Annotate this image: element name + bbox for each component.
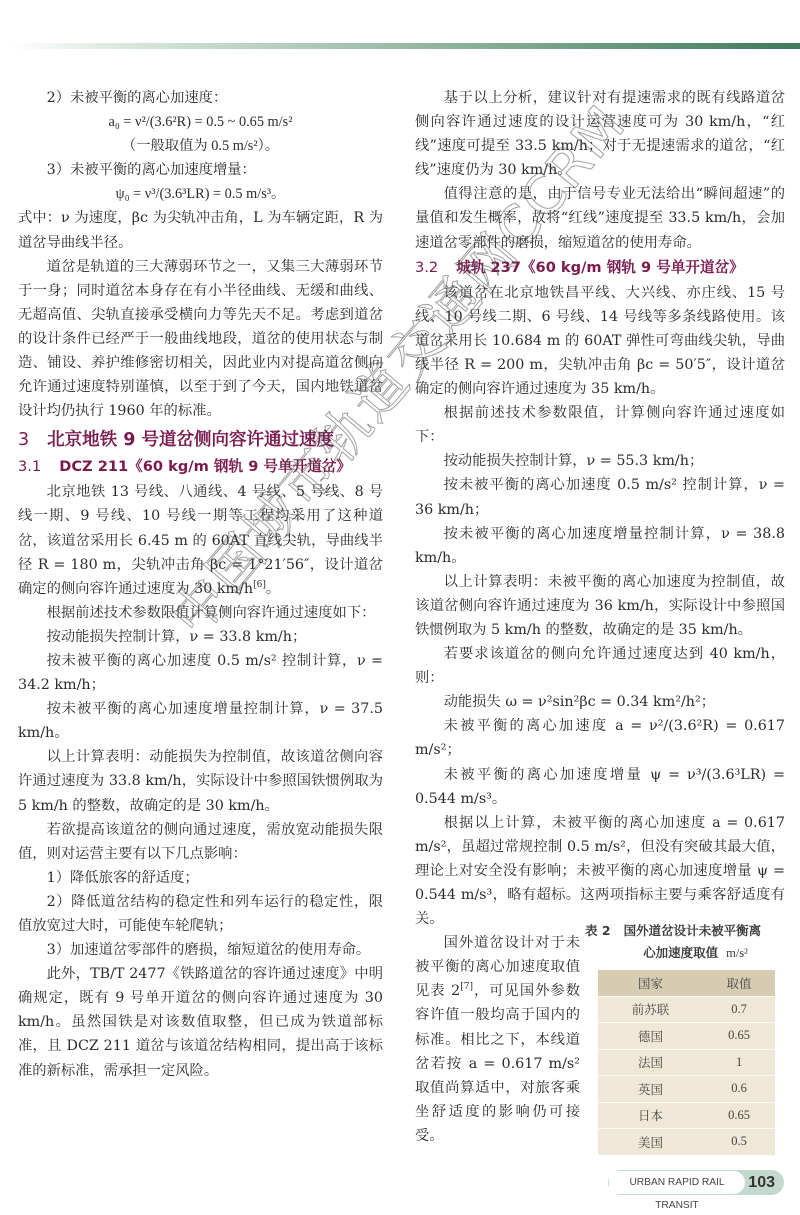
paragraph-40kmh: 若要求该道岔的侧向允许通过速度达到 40 km/h，则： [415,642,785,690]
table-row: 美国0.5 [598,1129,775,1155]
impact-1: 1）降低旅客的舒适度； [18,866,383,890]
table-header-row: 国家 取值 [598,970,775,996]
table-row: 英国0.6 [598,1076,775,1103]
acceleration-table: 国家 取值 前苏联0.7 德国0.65 法国1 英国0.6 日本0.65 美国0… [598,970,775,1155]
paragraph-raise-speed: 若欲提高该道岔的侧向通过速度，需放宽动能损失限值，则对运营主要有以下几点影响： [18,818,383,866]
paragraph-text: ，可见国外参数容许值一般均高于国内的标准。相比之下，本线道岔若按 a = 0.6… [415,983,580,1144]
value-cell: 1 [703,1049,775,1076]
value-cell: 0.7 [703,996,775,1023]
country-cell: 法国 [598,1049,703,1076]
section-3-heading: 3北京地铁 9 号道岔侧向容许通过速度 [18,426,383,454]
impact-2: 2）降低道岔结构的稳定性和列车运行的稳定性，限值放宽过大时，可能使车轮爬轨； [18,890,383,938]
calc-increment: 按未被平衡的离心加速度增量控制计算，ν = 38.8 km/h。 [415,522,785,570]
paragraph-suggestion: 基于以上分析，建议针对有提速需求的既有线路道岔侧向容许通过速度的设计运营速度可为… [415,86,785,182]
section-3-1-heading: 3.1DCZ 211《60 kg/m 钢轨 9 号单开道岔》 [18,454,383,480]
increment-40kmh: 未被平衡的离心加速度增量 ψ = ν³/(3.6³LR) = 0.544 m/s… [415,763,785,811]
country-cell: 英国 [598,1076,703,1103]
header-gradient-bar [10,43,800,49]
value-cell: 0.5 [703,1129,775,1155]
paragraph-conclusion: 根据以上计算，未被平衡的离心加速度 a = 0.617 m/s²，虽超过常规控制… [415,811,785,931]
header-country: 国家 [598,970,703,996]
country-cell: 前苏联 [598,996,703,1023]
paragraph-tbt-standard: 此外，TB/T 2477《铁路道岔的容许通过速度》中明确规定，既有 9 号单开道… [18,962,383,1082]
citation-7[interactable]: [7] [460,983,473,993]
table-row: 前苏联0.7 [598,996,775,1023]
section-title: 城轨 237《60 kg/m 钢轨 9 号单开道岔》 [456,259,744,276]
calc-energy: 按动能损失控制计算，ν = 33.8 km/h； [18,625,383,649]
country-cell: 德国 [598,1023,703,1050]
energy-40kmh: 动能损失 ω = ν²sin²βc = 0.34 km²/h²； [415,690,785,714]
section-title: DCZ 211《60 kg/m 钢轨 9 号单开道岔》 [59,458,351,475]
calc-intro: 根据前述技术参数限值，计算侧向容许通过速度如下： [415,401,785,449]
page-footer: URBAN RAPID RAIL TRANSIT 103 [608,1170,784,1195]
value-cell: 0.65 [703,1102,775,1129]
section-number: 3 [18,430,29,450]
calc-increment: 按未被平衡的离心加速度增量控制计算，ν = 37.5 km/h。 [18,697,383,745]
calc-energy: 按动能损失控制计算，ν = 55.3 km/h； [415,449,785,473]
section-number: 3.1 [18,458,41,475]
header-value: 取值 [703,970,775,996]
paragraph-weak-link: 道岔是轨道的三大薄弱环节之一，又集三大薄弱环节于一身；同时道岔本身存在有小半径曲… [18,255,383,424]
caption-line-2: 心加速度取值 [643,945,718,960]
calc-intro: 根据前述技术参数限值计算侧向容许通过速度如下： [18,601,383,625]
paragraph-foreign: 国外道岔设计对于未被平衡的离心加速度取值见表 2[7]，可见国外参数容许值一般均… [415,931,580,1148]
calc-accel: 按未被平衡的离心加速度 0.5 m/s² 控制计算，ν = 36 km/h； [415,473,785,521]
variable-definitions: 式中：ν 为速度，βc 为尖轨冲击角，L 为车辆定距，R 为道岔导曲线半径。 [18,206,383,254]
calc-result: 以上计算表明：动能损失为控制值，故该道岔侧向容许通过速度为 33.8 km/h，… [18,745,383,817]
journal-name: URBAN RAPID RAIL TRANSIT [609,1171,745,1194]
left-column: 2）未被平衡的离心加速度： a₀ = ν²/(3.6²R) = 0.5 ~ 0.… [18,86,383,1083]
section-number: 3.2 [415,259,438,276]
paragraph-text: 北京地铁 13 号线、八通线、4 号线、5 号线、8 号线一期、9 号线、10 … [18,484,383,596]
country-cell: 日本 [598,1102,703,1129]
accel-40kmh: 未被平衡的离心加速度 a = ν²/(3.6²R) = 0.617 m/s²； [415,714,785,762]
unit-label: m/s² [726,946,748,960]
value-cell: 0.6 [703,1076,775,1103]
section-3-2-heading: 3.2城轨 237《60 kg/m 钢轨 9 号单开道岔》 [415,255,785,281]
section-title: 北京地铁 9 号道岔侧向容许通过速度 [47,430,334,450]
paragraph-dcz-usage: 北京地铁 13 号线、八通线、4 号线、5 号线、8 号线一期、9 号线、10 … [18,480,383,600]
table-row: 日本0.65 [598,1102,775,1129]
country-cell: 美国 [598,1129,703,1155]
value-cell: 0.65 [703,1023,775,1050]
equation-a0-note: （一般取值为 0.5 m/s²）。 [18,134,383,158]
item-3-label: 3）未被平衡的离心加速度增量： [18,158,383,182]
caption-line-1: 国外道岔设计未被平衡离 [624,923,762,938]
citation-6[interactable]: [6] [253,580,266,590]
paragraph-tail: 。 [266,581,280,597]
table-caption-line-2: 心加速度取值m/s² [585,942,790,964]
equation-a0: a₀ = ν²/(3.6²R) = 0.5 ~ 0.65 m/s² [18,110,383,134]
page-number: 103 [748,1170,775,1195]
equation-psi0: ψ₀ = ν³/(3.6³LR) = 0.5 m/s³。 [18,182,383,206]
table-2: 表 2 国外道岔设计未被平衡离 心加速度取值m/s² 国家 取值 前苏联0.7 … [585,920,790,1155]
table-row: 法国1 [598,1049,775,1076]
paragraph-note: 值得注意的是，由于信号专业无法给出“瞬间超速”的量值和发生概率，故将“红线”速度… [415,182,785,254]
table-row: 德国0.65 [598,1023,775,1050]
calc-result: 以上计算表明：未被平衡的离心加速度为控制值，故该道岔侧向容许通过速度为 36 k… [415,570,785,642]
paragraph-237-usage: 该道岔在北京地铁昌平线、大兴线、亦庄线、15 号线、10 号线二期、6 号线、1… [415,281,785,401]
table-caption: 表 2 国外道岔设计未被平衡离 [585,920,790,942]
impact-3: 3）加速道岔零部件的磨损，缩短道岔的使用寿命。 [18,938,383,962]
calc-accel: 按未被平衡的离心加速度 0.5 m/s² 控制计算，ν = 34.2 km/h； [18,649,383,697]
item-2-label: 2）未被平衡的离心加速度： [18,86,383,110]
table-number: 表 2 [585,923,611,938]
